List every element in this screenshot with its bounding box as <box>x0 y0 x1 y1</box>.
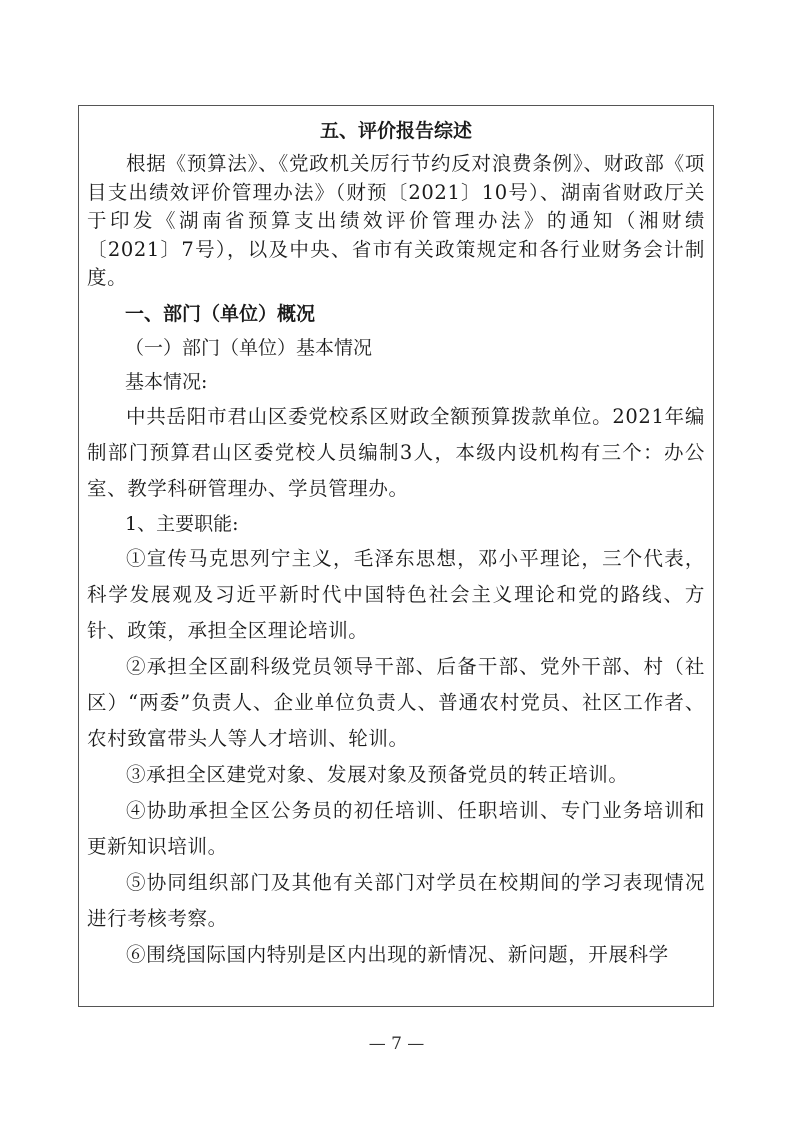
function-item-3: ③承担全区建党对象、发展对象及预备党员的转正培训。 <box>87 757 705 793</box>
subheading-basic-situation: （一）部门（单位）基本情况 <box>87 331 705 365</box>
basic-situation-label: 基本情况: <box>87 365 705 399</box>
content-table-frame: 五、评价报告综述 根据《预算法》、《党政机关厉行节约反对浪费条例》、财政部《项目… <box>78 105 714 1007</box>
function-item-6: ⑥围绕国际国内特别是区内出现的新情况、新问题，开展科学 <box>87 937 705 973</box>
document-body: 五、评价报告综述 根据《预算法》、《党政机关厉行节约反对浪费条例》、财政部《项目… <box>87 116 705 973</box>
function-item-2: ②承担全区副科级党员领导干部、后备干部、党外干部、村（社区）“两委”负责人、企业… <box>87 649 705 757</box>
function-item-4: ④协助承担全区公务员的初任培训、任职培训、专门业务培训和更新知识培训。 <box>87 793 705 865</box>
page-number: — 7 — <box>0 1034 793 1054</box>
intro-paragraph: 根据《预算法》、《党政机关厉行节约反对浪费条例》、财政部《项目支出绩效评价管理办… <box>87 150 705 293</box>
function-item-1: ①宣传马克思列宁主义，毛泽东思想，邓小平理论，三个代表，科学发展观及习近平新时代… <box>87 541 705 649</box>
section-title: 五、评价报告综述 <box>87 116 705 146</box>
heading-department-overview: 一、部门（单位）概况 <box>87 299 705 329</box>
basic-situation-paragraph: 中共岳阳市君山区委党校系区财政全额预算拨款单位。2021年编制部门预算君山区委党… <box>87 399 705 507</box>
function-item-5: ⑤协同组织部门及其他有关部门对学员在校期间的学习表现情况进行考核考察。 <box>87 865 705 937</box>
main-functions-label: 1、主要职能: <box>87 507 705 541</box>
